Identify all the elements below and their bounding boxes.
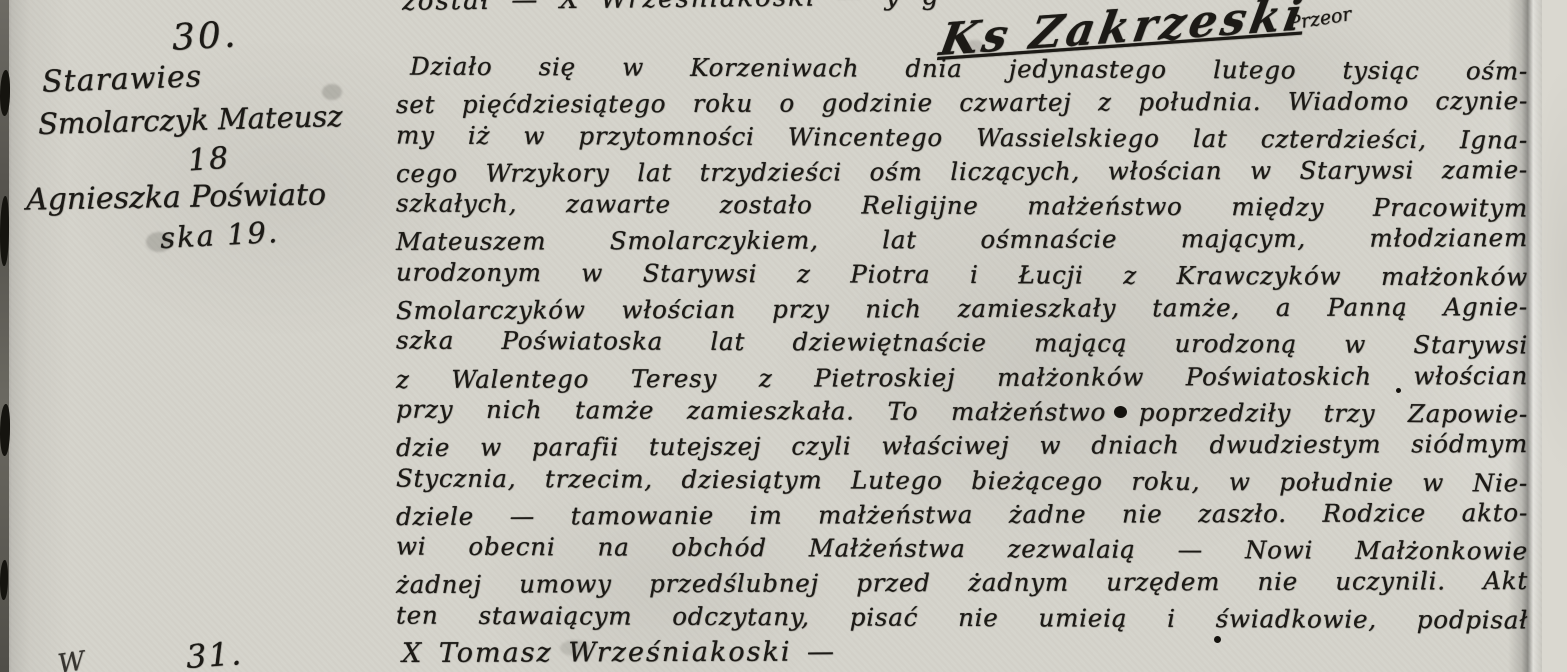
next-act-number: 31. xyxy=(185,634,244,672)
next-act-margin-flourish: W xyxy=(56,646,87,672)
record-line: dziele — tamowanie im małżeństwa żadne n… xyxy=(396,496,1528,534)
record-body: Działo się w Korzeniwach dnia jedynasteg… xyxy=(396,52,1528,669)
scanned-register-page: został — X Wrześniakoski — y g Ks Zakrze… xyxy=(0,0,1567,672)
record-line: set pięćdziesiątego roku o godzinie czwa… xyxy=(396,84,1528,122)
record-line: Mateuszem Smolarczykiem, lat ośmnaście m… xyxy=(396,222,1528,260)
ink-blot xyxy=(1114,406,1127,418)
paper-stain xyxy=(322,84,342,100)
record-line: my iż w przytomności Wincentego Wassiels… xyxy=(396,118,1528,157)
margin-groom-name: Smolarczyk Mateusz xyxy=(38,99,343,141)
record-line: szkałych, zawarte zostało Religijne małż… xyxy=(396,187,1528,226)
record-line: cego Wrzykory lat trzydzieści ośm licząc… xyxy=(396,153,1528,191)
margin-groom-age: 18 xyxy=(187,141,232,179)
paper-stain xyxy=(560,640,590,656)
record-line: ten stawaiącym odczytany, pisać nie umie… xyxy=(396,598,1528,637)
record-line: żadnej umowy przedślubnej przed żadnym u… xyxy=(396,564,1528,602)
record-line: przy nich tamże zamieszkała. To małżeńst… xyxy=(396,392,1528,431)
ink-blot xyxy=(1214,636,1221,643)
act-number: 30. xyxy=(171,14,239,58)
record-line: urodzonym w Starywsi z Piotra i Łucji z … xyxy=(396,255,1528,294)
ink-blot xyxy=(1396,388,1401,393)
margin-village-name: Starawies xyxy=(41,59,202,100)
record-line: wi obecni na obchód Małżeństwa zezwalaią… xyxy=(396,530,1528,569)
record-line: z Walentego Teresy z Pietroskiej małżonk… xyxy=(396,359,1528,397)
record-line: Stycznia, trzecim, dziesiątym Lutego bie… xyxy=(396,461,1528,500)
margin-bride-name-line2: ska 19. xyxy=(159,215,280,255)
previous-act-ending-text: został — X Wrześniakoski — y g xyxy=(402,0,941,17)
paper-stain xyxy=(966,40,984,54)
page-fold-crease xyxy=(1508,0,1542,672)
record-line: dzie w parafii tutejszej czyli właściwej… xyxy=(396,427,1528,465)
record-line: Smolarczyków włościan przy nich zamieszk… xyxy=(396,290,1528,328)
margin-bride-name-line1: Agnieszka Poświato xyxy=(26,177,327,217)
record-line: szka Poświatoska lat dziewiętnaście mają… xyxy=(396,324,1528,363)
paper-stain xyxy=(146,232,172,252)
record-line: Działo się w Korzeniwach dnia jedynasteg… xyxy=(396,50,1528,89)
adjacent-page-sliver xyxy=(1542,0,1567,672)
